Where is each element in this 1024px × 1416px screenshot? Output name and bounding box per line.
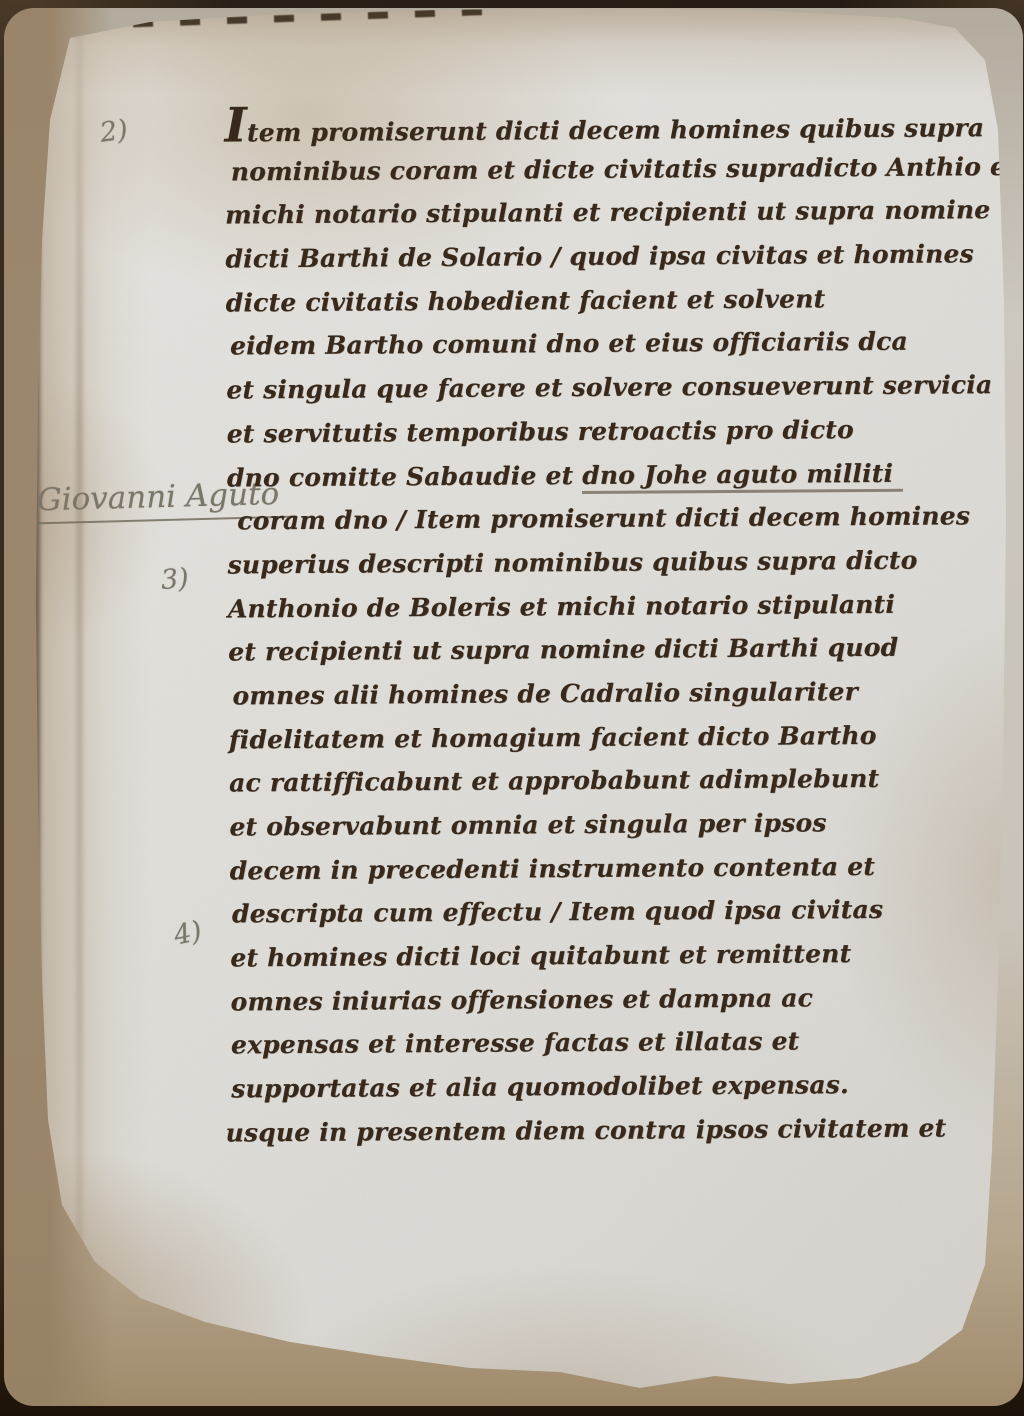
text-line: et recipienti ut supra nomine dicti Bart… (228, 626, 928, 675)
text-line: nominibus coram et dicte civitatis supra… (231, 145, 925, 194)
text-line: eidem Bartho comuni dno et eius officiar… (230, 320, 926, 369)
text-line: superius descripti nominibus quibus supr… (227, 538, 927, 587)
line-text: et servitutis temporibus retroactis pro … (227, 415, 854, 448)
pencil-underlined-phrase: dno Johe aguto milliti (582, 458, 903, 493)
text-line: coram dno / Item promiserunt dicti decem… (237, 495, 927, 544)
text-line: et singula que facere et solvere consuev… (226, 364, 926, 413)
line-text: decem in precedenti instrumento contenta… (230, 852, 876, 886)
manuscript-text-block: Item promiserunt dicti decem homines qui… (224, 102, 931, 1155)
text-line: Item promiserunt dicti decem homines qui… (224, 102, 924, 151)
line-text: dno comitte Sabaudie et (227, 460, 582, 491)
text-line: et homines dicti loci quitabunt et remit… (230, 932, 930, 981)
line-text: dicte civitatis hobedient facient et sol… (226, 284, 826, 317)
text-line: Anthonio de Boleris et michi notario sti… (228, 582, 928, 631)
line-text: eidem Bartho comuni dno et eius officiar… (230, 327, 908, 361)
line-text: et observabunt omnia et singula per ipso… (229, 808, 826, 841)
text-line: et servitutis temporibus retroactis pro … (226, 407, 926, 456)
text-line: descripta cum effectu / Item quod ipsa c… (232, 888, 930, 937)
line-text: omnes alii homines de Cadralio singulari… (232, 677, 858, 710)
text-line: dicte civitatis hobedient facient et sol… (226, 276, 926, 325)
line-text: superius descripti nominibus quibus supr… (227, 546, 917, 580)
line-text: et singula que facere et solvere consuev… (226, 370, 992, 404)
text-line: expensas et interesse factas et illatas … (231, 1019, 931, 1068)
text-line: ac rattifficabunt et approbabunt adimple… (229, 757, 929, 806)
margin-note-3: 3) (160, 565, 190, 594)
line-text: dicti Barthi de Solario / quod ipsa civi… (225, 239, 974, 273)
line-text: michi notario stipulanti et recipienti u… (225, 195, 990, 229)
line-text: nominibus coram et dicte civitatis supra… (231, 152, 1018, 186)
line-text: et homines dicti loci quitabunt et remit… (230, 939, 851, 972)
text-line: michi notario stipulanti et recipienti u… (225, 189, 925, 238)
manuscript-photo: 2) Giovanni Aguto 3) 4) Item promiserunt… (0, 0, 1024, 1416)
text-line: supportatas et alia quomodolibet expensa… (231, 1063, 931, 1112)
text-line: usque in presentem diem contra ipsos civ… (225, 1106, 931, 1155)
line-text: descripta cum effectu / Item quod ipsa c… (232, 895, 883, 929)
text-line: fidelitatem et homagium facient dicto Ba… (229, 713, 929, 762)
line-text: et recipienti ut supra nomine dicti Bart… (228, 633, 898, 667)
binding-crease-stain-2 (76, 0, 83, 1416)
line-text: coram dno / Item promiserunt dicti decem… (237, 501, 970, 535)
margin-note-2: 2) (98, 116, 129, 147)
line-text: usque in presentem diem contra ipsos civ… (225, 1113, 946, 1147)
line-text: fidelitatem et homagium facient dicto Ba… (229, 721, 877, 755)
text-line: dicti Barthi de Solario / quod ipsa civi… (225, 233, 925, 282)
text-line: et observabunt omnia et singula per ipso… (229, 801, 929, 850)
text-line: omnes iniurias offensiones et dampna ac (230, 975, 930, 1024)
text-line: dno comitte Sabaudie et dno Johe aguto m… (227, 451, 927, 500)
text-line: omnes alii homines de Cadralio singulari… (232, 669, 928, 718)
line-text: expensas et interesse factas et illatas … (231, 1027, 800, 1060)
line-text: ac rattifficabunt et approbabunt adimple… (229, 764, 879, 798)
margin-note-4: 4) (171, 917, 204, 949)
line-text: Anthonio de Boleris et michi notario sti… (228, 589, 895, 623)
line-text: Item promiserunt dicti decem homines qui… (224, 113, 984, 147)
line-text: supportatas et alia quomodolibet expensa… (231, 1070, 849, 1103)
text-line: decem in precedenti instrumento contenta… (230, 844, 930, 893)
line-text: omnes iniurias offensiones et dampna ac (230, 983, 813, 1016)
manuscript-page: 2) Giovanni Aguto 3) 4) Item promiserunt… (0, 0, 1024, 1416)
